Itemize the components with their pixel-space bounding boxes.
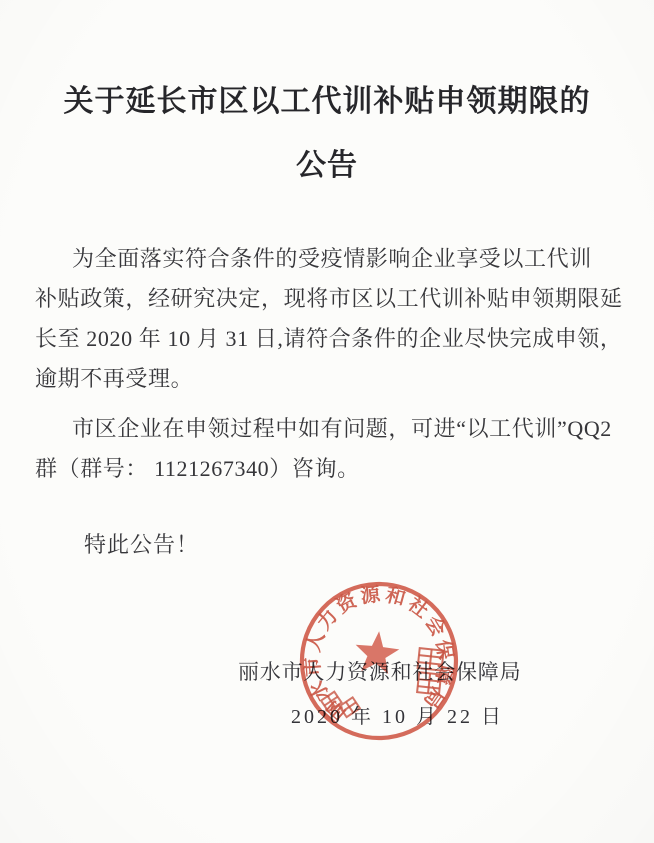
closing-statement: 特此公告！ (84, 531, 199, 559)
body-line: 群（群号： 1121267340）咨询。 (35, 449, 624, 489)
document-title-line1: 关于延长市区以工代训补贴申领期限的 (0, 76, 654, 120)
paragraph-2: 市区企业在申领过程中如有问题，可进“以工代训”QQ2 群（群号： 1121267… (35, 409, 624, 489)
body-line: 逾期不再受理。 (35, 359, 624, 399)
document-title-line2: 公告 (0, 140, 654, 184)
body-line: 补贴政策，经研究决定，现将市区以工代训补贴申领期限延 (35, 279, 624, 319)
issue-date: 2020 年 10 月 22 日 (291, 703, 504, 731)
announcement-document: 关于延长市区以工代训补贴申领期限的 公告 为全面落实符合条件的受疫情影响企业享受… (0, 0, 654, 843)
paragraph-1: 为全面落实符合条件的受疫情影响企业享受以工代训 补贴政策，经研究决定，现将市区以… (35, 239, 624, 399)
body-line: 为全面落实符合条件的受疫情影响企业享受以工代训 (35, 239, 624, 279)
issuing-agency: 丽水市人力资源和社会保障局 (238, 658, 521, 686)
body-line: 长至 2020 年 10 月 31 日,请符合条件的企业尽快完成申领， (35, 319, 624, 359)
body-line: 市区企业在申领过程中如有问题，可进“以工代训”QQ2 (35, 409, 624, 449)
